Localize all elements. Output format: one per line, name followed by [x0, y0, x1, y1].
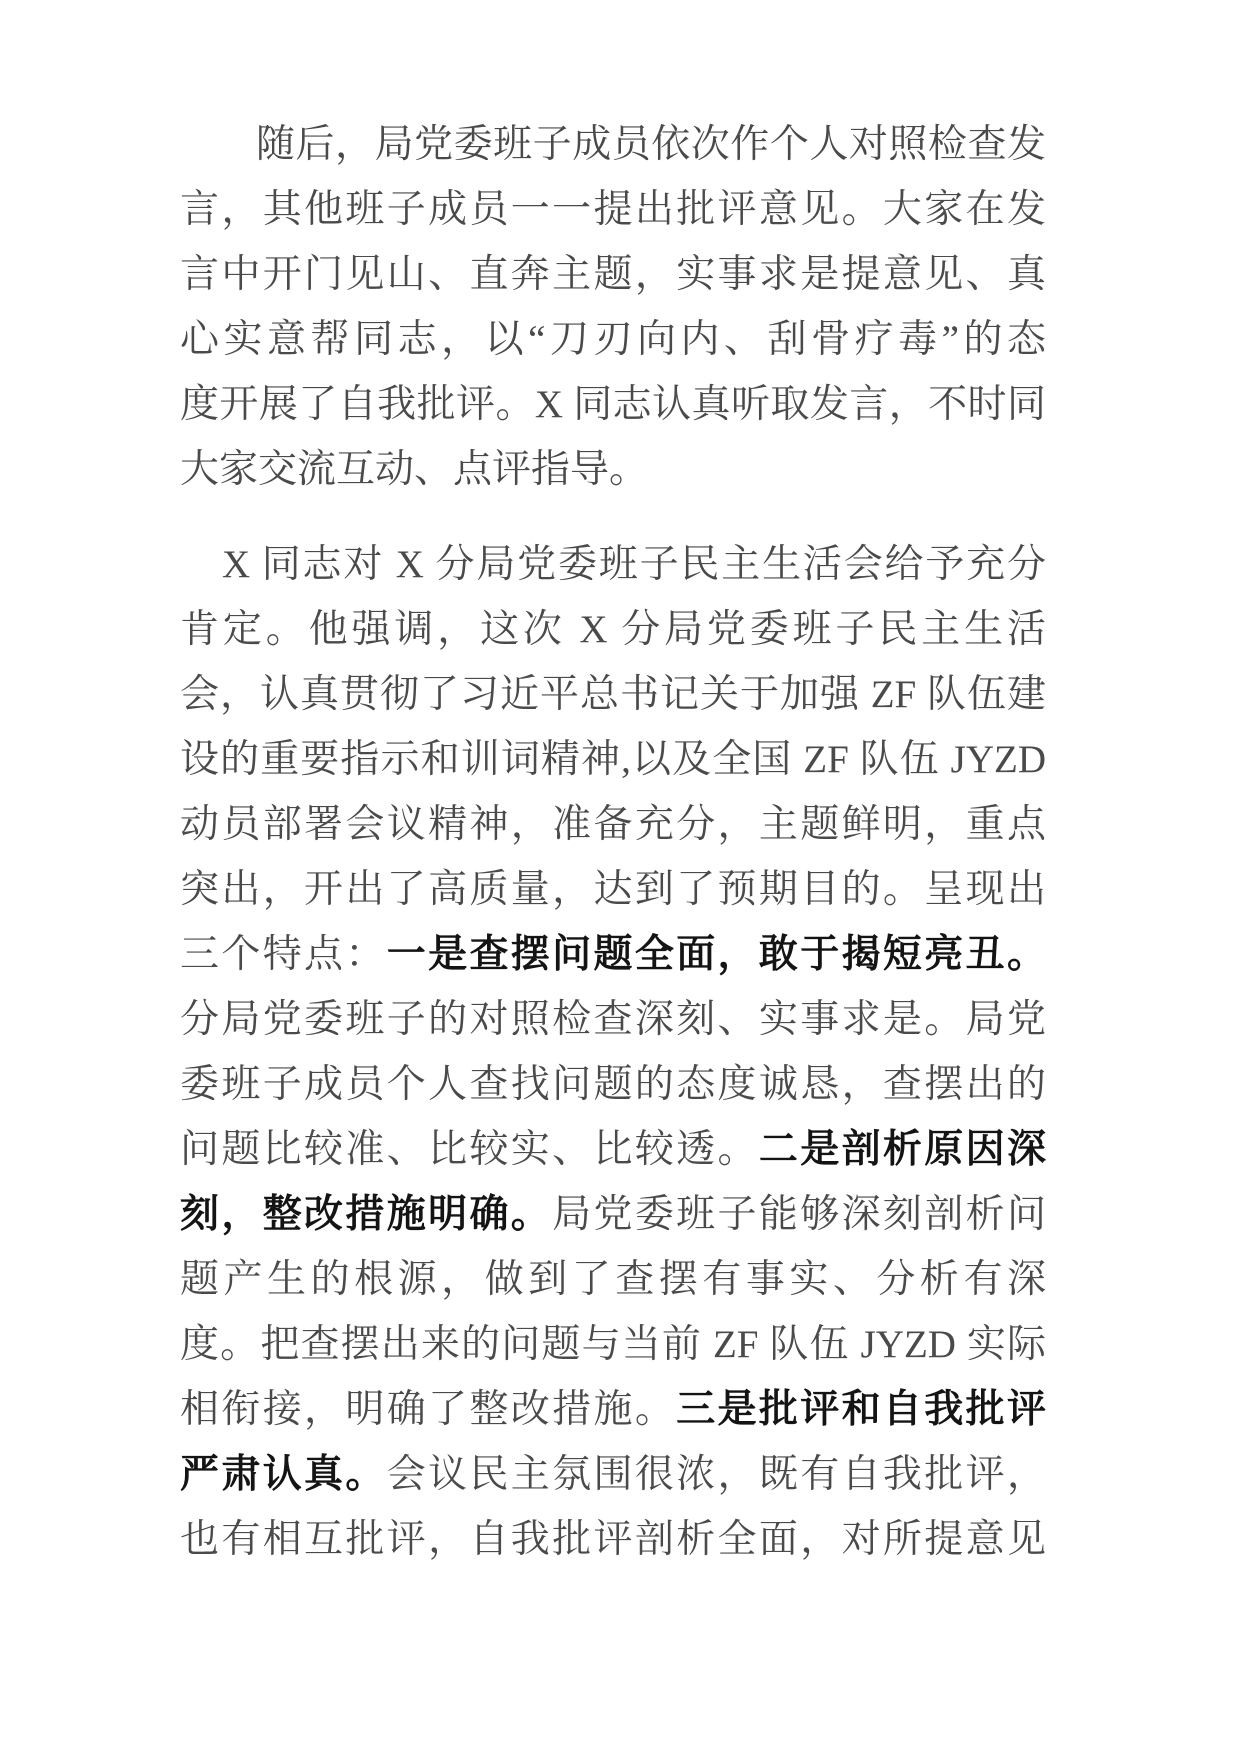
text-line: 随后，局党委班子成员依次作个人对照检查发: [180, 112, 1046, 177]
text-segment-bold: 二是剖析原因深: [759, 1128, 1046, 1171]
text-segment: 动员部署会议精神，准备充分，主题鲜明，重点: [180, 803, 1046, 846]
text-segment: 局党委班子能够深刻剖析问: [552, 1193, 1046, 1236]
text-line: 会，认真贯彻了习近平总书记关于加强 ZF 队伍建: [180, 662, 1046, 727]
text-segment: 委班子成员个人查找问题的态度诚恳，查摆出的: [180, 1063, 1046, 1106]
text-segment: 心实意帮同志，以“刀刃向内、刮骨疗毒”的态: [180, 318, 1046, 361]
text-line: 度。把查摆出来的问题与当前 ZF 队伍 JYZD 实际: [180, 1312, 1046, 1377]
text-segment: 随后，局党委班子成员依次作个人对照检查发: [256, 123, 1046, 166]
text-line: 相衔接，明确了整改措施。三是批评和自我批评: [180, 1377, 1046, 1442]
text-line: 题产生的根源，做到了查摆有事实、分析有深: [180, 1247, 1046, 1312]
text-line: 问题比较准、比较实、比较透。二是剖析原因深: [180, 1117, 1046, 1182]
text-line: 严肃认真。会议民主氛围很浓，既有自我批评，: [180, 1442, 1046, 1507]
text-segment: 问题比较准、比较实、比较透。: [180, 1128, 759, 1171]
text-segment: 也有相互批评，自我批评剖析全面，对所提意见: [180, 1518, 1046, 1561]
document-body: 随后，局党委班子成员依次作个人对照检查发言，其他班子成员一一提出批评意见。大家在…: [180, 112, 1046, 1572]
text-line: 刻，整改措施明确。局党委班子能够深刻剖析问: [180, 1182, 1046, 1247]
text-line: 委班子成员个人查找问题的态度诚恳，查摆出的: [180, 1052, 1046, 1117]
text-segment: 大家交流互动、点评指导。: [180, 448, 648, 491]
text-segment: 分局党委班子的对照检查深刻、实事求是。局党: [180, 998, 1046, 1041]
text-line: 也有相互批评，自我批评剖析全面，对所提意见: [180, 1507, 1046, 1572]
paragraph: X 同志对 X 分局党委班子民主生活会给予充分肯定。他强调，这次 X 分局党委班…: [180, 532, 1046, 1572]
text-line: X 同志对 X 分局党委班子民主生活会给予充分: [180, 532, 1046, 597]
text-line: 设的重要指示和训词精神,以及全国 ZF 队伍 JYZD: [180, 727, 1046, 792]
text-segment: 题产生的根源，做到了查摆有事实、分析有深: [180, 1258, 1046, 1301]
text-segment: 突出，开出了高质量，达到了预期目的。呈现出: [180, 868, 1046, 911]
text-line: 心实意帮同志，以“刀刃向内、刮骨疗毒”的态: [180, 307, 1046, 372]
text-segment: 言中开门见山、直奔主题，实事求是提意见、真: [180, 253, 1046, 296]
text-segment-bold: 一是查摆问题全面，敢于揭短亮丑。: [387, 933, 1046, 976]
text-line: 言中开门见山、直奔主题，实事求是提意见、真: [180, 242, 1046, 307]
document-page: 随后，局党委班子成员依次作个人对照检查发言，其他班子成员一一提出批评意见。大家在…: [0, 0, 1241, 1755]
text-line: 分局党委班子的对照检查深刻、实事求是。局党: [180, 987, 1046, 1052]
text-segment: 会议民主氛围很浓，既有自我批评，: [387, 1453, 1046, 1496]
text-segment: X 同志对 X 分局党委班子民主生活会给予充分: [222, 543, 1046, 586]
text-line: 度开展了自我批评。X 同志认真听取发言，不时同: [180, 372, 1046, 437]
text-line: 言，其他班子成员一一提出批评意见。大家在发: [180, 177, 1046, 242]
text-line: 大家交流互动、点评指导。: [180, 437, 1046, 502]
paragraph: 随后，局党委班子成员依次作个人对照检查发言，其他班子成员一一提出批评意见。大家在…: [180, 112, 1046, 502]
text-segment-bold: 严肃认真。: [180, 1453, 387, 1496]
text-segment: 言，其他班子成员一一提出批评意见。大家在发: [180, 188, 1046, 231]
text-segment: 相衔接，明确了整改措施。: [180, 1388, 676, 1431]
text-segment: 会，认真贯彻了习近平总书记关于加强 ZF 队伍建: [180, 673, 1046, 716]
text-segment: 三个特点：: [180, 933, 387, 976]
text-line: 三个特点：一是查摆问题全面，敢于揭短亮丑。: [180, 922, 1046, 987]
text-segment: 肯定。他强调，这次 X 分局党委班子民主生活: [180, 608, 1046, 651]
text-segment: 度开展了自我批评。X 同志认真听取发言，不时同: [180, 383, 1046, 426]
text-line: 肯定。他强调，这次 X 分局党委班子民主生活: [180, 597, 1046, 662]
text-segment-bold: 三是批评和自我批评: [676, 1388, 1046, 1431]
text-segment: 度。把查摆出来的问题与当前 ZF 队伍 JYZD 实际: [180, 1323, 1046, 1366]
text-line: 突出，开出了高质量，达到了预期目的。呈现出: [180, 857, 1046, 922]
text-segment: 设的重要指示和训词精神,以及全国 ZF 队伍 JYZD: [180, 738, 1046, 781]
text-line: 动员部署会议精神，准备充分，主题鲜明，重点: [180, 792, 1046, 857]
text-segment-bold: 刻，整改措施明确。: [180, 1193, 552, 1236]
